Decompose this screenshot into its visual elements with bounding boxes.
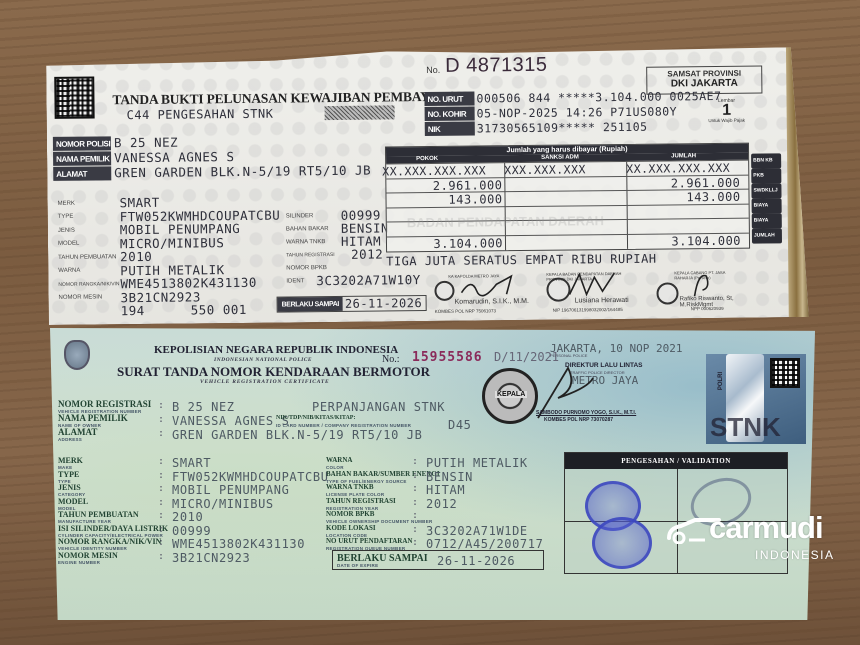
stnk-org-en: INDONESIAN NATIONAL POLICE <box>214 357 312 363</box>
police-seal-icon <box>434 281 454 301</box>
carmudi-country: INDONESIA <box>755 548 835 562</box>
stnk-field-row: KODE LOKASILOCATION CODE:3C3202A71W1DE <box>326 524 543 538</box>
validation-header: PENGESAHAN / VALIDATION <box>565 453 787 469</box>
stnk-valid-until-value: 26-11-2026 <box>437 554 515 568</box>
signature-1-icon <box>456 272 516 299</box>
stnk-field-row: NOMOR BPKBVEHICLE OWNERSHIP DOCUMENT NUM… <box>326 510 543 524</box>
side-label: SWDKLLJ <box>751 183 781 198</box>
validation-stamp-2-icon <box>592 517 652 569</box>
payment-row: 3.104.0003.104.000 <box>387 232 749 250</box>
tax-payment-receipt: TANDA BUKTI PELUNASAN KEWAJIBAN PEMBAYAR… <box>46 47 809 325</box>
field-alamat: ALAMAT GREN GARDEN BLK.N-5/19 RT5/10 JB <box>53 163 371 181</box>
stnk-field-row: TAHUN REGISTRASIREGISTRATION YEAR:2012 <box>326 497 543 511</box>
side-label: JUMLAH <box>752 228 782 243</box>
col-jumlah: JUMLAH <box>671 153 696 159</box>
stnk-field-row: WARNA TNKBLICENSE PLATE COLOR:HITAM <box>326 483 543 497</box>
payment-table: Jumlah yang harus dibayar (Rupiah) POKOK… <box>385 143 750 253</box>
serial-prefix: No. <box>426 65 440 75</box>
stnk-vehicle-fields-left: MERKMAKE:SMARTTYPETYPE:FTW052KWMHDCOUPAT… <box>58 456 329 564</box>
receipt-title: TANDA BUKTI PELUNASAN KEWAJIBAN PEMBAYAR… <box>112 89 466 109</box>
stnk-vehicle-fields-right: WARNACOLOR:PUTIH METALIKBAHAN BAKAR/SUMB… <box>326 456 543 551</box>
signatures: KA KAPOLDA METRO JAYA Komarudin, S.I.K.,… <box>434 268 754 316</box>
police-emblem-icon <box>64 340 90 370</box>
field-ident: IDENT3C3202A71W10Y <box>286 273 420 287</box>
stnk-field-row: ISI SILINDER/DAYA LISTRIKCYLINDER CAPACI… <box>58 524 329 538</box>
stnk-field-row: TAHUN PEMBUATANMANUFACTURE YEAR:2010 <box>58 510 329 524</box>
stnk-valid-until-box: BERLAKU SAMPAIDATE OF EXPIRE 26-11-2026 <box>332 550 544 570</box>
stnk-field-row: JENISCATEGORY:MOBIL PENUMPANG <box>58 483 329 497</box>
stnk-title: SURAT TANDA NOMOR KENDARAAN BERMOTOR <box>117 364 430 380</box>
sig2-id: NIP 196706131998032002/164485 <box>553 307 623 313</box>
stnk-valid-until-label: BERLAKU SAMPAIDATE OF EXPIRE <box>337 554 428 568</box>
stnk-number: 15955586 <box>412 350 483 365</box>
stnk-title-en: VEHICLE REGISTRATION CERTIFICATE <box>200 379 330 385</box>
signature-3-icon <box>684 268 724 298</box>
stnk-field-row: TYPETYPE:FTW052KWMHDCOUPATCBU <box>58 470 329 484</box>
valid-until-label: BERLAKU SAMPAI <box>278 297 343 312</box>
jasa-raharja-seal-icon <box>656 282 678 304</box>
extra-codes: 194 550 001 <box>121 303 282 317</box>
stnk-number-prefix: No.: <box>382 354 400 365</box>
stnk-qr-code-icon <box>770 358 800 388</box>
valid-until-value: 26-11-2026 <box>345 296 422 311</box>
sig1-id: KOMBES POL NRP 75061073 <box>435 308 496 314</box>
stnk-field-row: MERKMAKE:SMART <box>58 456 329 470</box>
col-sanksi: SANKSI ADM <box>541 154 579 160</box>
stnk-org: KEPOLISIAN NEGARA REPUBLIK INDONESIA <box>154 344 398 356</box>
director-id: KOMBES POL NRP 73070287 <box>544 417 613 423</box>
nik-value: D45 <box>448 418 471 432</box>
field-nik: NIK 31730565109***** 251105 <box>425 118 722 136</box>
qr-code-icon <box>54 76 94 118</box>
registration-type: PERPANJANGAN STNK <box>312 400 445 414</box>
watermark-text: BADAN PENDAPATAN DAERAH <box>407 213 604 230</box>
polri-text: POLRI <box>718 372 724 390</box>
amount-in-words: TIGA JUTA SERATUS EMPAT RIBU RUPIAH <box>386 252 657 269</box>
stnk-field-row: NO URUT PENDAFTARANREGISTRATION QUEUE NU… <box>326 537 543 551</box>
sig2-name: Lusiana Herawati <box>575 297 629 305</box>
hologram-text: STNK <box>710 412 781 443</box>
col-pokok: POKOK <box>416 156 438 162</box>
signature-2-icon <box>564 269 624 300</box>
stnk-field-row: MODELMODEL:MICRO/MINIBUS <box>58 497 329 511</box>
side-label: PKB <box>751 168 781 183</box>
stnk-field-row: NOMOR MESINENGINE NUMBER:3B21CN2923 <box>58 551 329 565</box>
sig3-id: NPP 000620939 <box>691 306 724 311</box>
stnk-field-row: BAHAN BAKAR/SUMBER ENERGITYPE OF FUEL/EN… <box>326 470 543 484</box>
receipt-subtitle: C44 PENGESAHAN STNK <box>127 107 274 123</box>
vehicle-registration-certificate: KEPOLISIAN NEGARA REPUBLIK INDONESIA IND… <box>50 328 815 620</box>
stnk-field-row: WARNACOLOR:PUTIH METALIK <box>326 456 543 470</box>
vehicle-fields: MERKSMART TYPEFTW052KWMHDCOUPATCBU JENIS… <box>57 195 281 317</box>
side-label: BBN KB <box>751 153 781 168</box>
valid-until-box: BERLAKU SAMPAI 26-11-2026 <box>277 295 427 313</box>
side-label: BIAYA ADM. TNKB <box>752 213 782 228</box>
carmudi-brand: carmudi <box>709 510 823 546</box>
stnk-field-alamat: ALAMATADDRESS :GREN GARDEN BLK.N-5/19 RT… <box>58 428 422 442</box>
receipt-gold-edge <box>786 47 809 317</box>
sig1-name: Komarudin, S.I.K., M.M. <box>455 298 529 306</box>
director-name: SAMBODO PURNOMO YOGO, S.I.K., M.T.I. <box>536 410 636 416</box>
stnk-field-row: NOMOR RANGKA/NIK/VINVEHICLE IDENTITY NUM… <box>58 537 329 551</box>
side-label: BIAYA ADM. STNK <box>752 198 782 213</box>
redacted-barcode <box>325 105 395 120</box>
owner-fields: NOMOR POLISI B 25 NEZ NAMA PEMILIK VANES… <box>53 133 371 181</box>
nik-label: NIK/TDP/NIB/KITAS/KITAP:ID CARD NUMBER /… <box>276 414 411 428</box>
header-fields: NO. URUT 000506 844 *****3.104.000 0025A… <box>424 88 721 136</box>
serial-number: D 4871315 <box>445 54 548 78</box>
stamp-label: KEPALA <box>495 391 527 398</box>
